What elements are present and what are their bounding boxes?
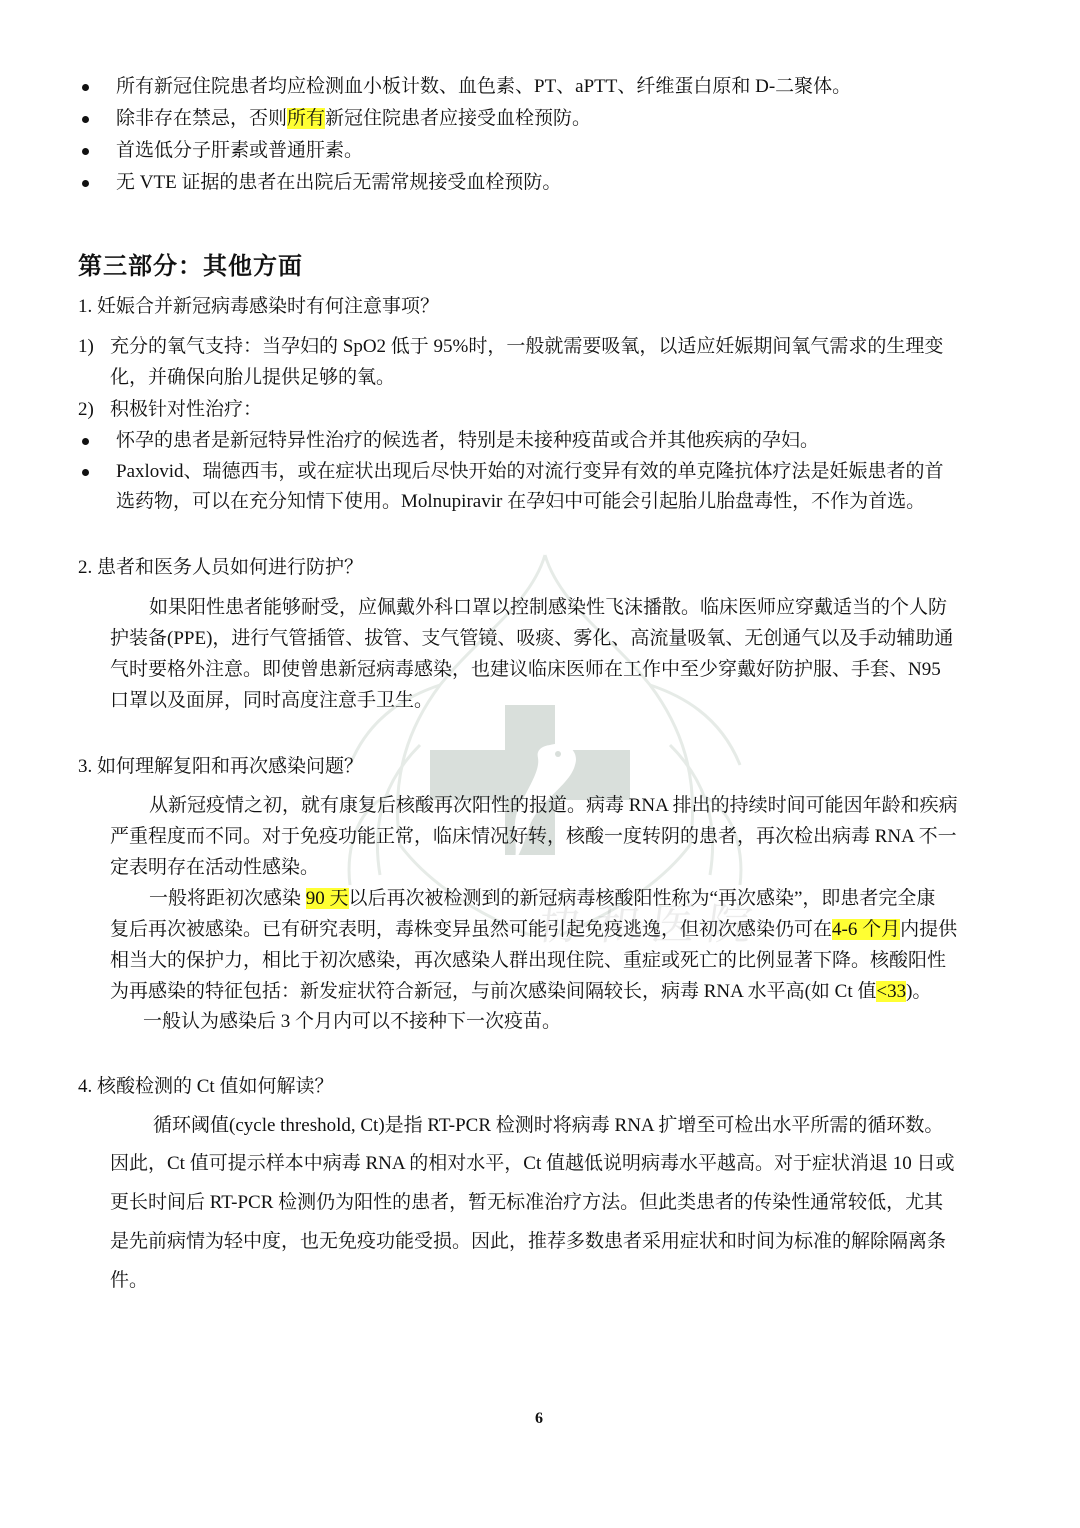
question-heading: 4. 核酸检测的 Ct 值如何解读？ [78,1076,333,1098]
highlighted-text: 90 天 [306,888,349,909]
bullet-item: 怀孕的患者是新冠特异性治疗的候选者，特别是未接种疫苗或合并其他疾病的孕妇。 [116,430,819,452]
paragraph-line: 是先前病情为轻中度，也无免疫功能受损。因此，推荐多数患者采用症状和时间为标准的解… [110,1231,946,1253]
bullet-item: Paxlovid、瑞德西韦，或在症状出现后尽快开始的对流行变异有效的单克隆抗体疗… [116,461,944,483]
bullet-icon [82,180,89,187]
paragraph-line: 一般认为感染后 3 个月内可以不接种下一次疫苗。 [143,1011,561,1033]
question-heading: 3. 如何理解复阳和再次感染问题？ [78,756,363,778]
text-span: 一般将距初次感染 [149,888,306,909]
highlighted-text: <33 [876,981,906,1002]
paragraph-line: 更长时间后 RT-PCR 检测仍为阳性的患者，暂无标准治疗方法。但此类患者的传染… [110,1192,943,1214]
paragraph-line: 复后再次被感染。已有研究表明，毒株变异虽然可能引起免疫逃逸，但初次感染仍可在4-… [110,919,957,941]
bullet-icon [82,148,89,155]
document-page: 协和医院 所有新冠住院患者均应检测血小板计数、血色素、PT、aPTT、纤维蛋白原… [0,0,1080,1528]
text-span: 新冠住院患者应接受血栓预防。 [325,108,591,129]
bullet-icon [82,116,89,123]
bullet-item: 所有新冠住院患者均应检测血小板计数、血色素、PT、aPTT、纤维蛋白原和 D-二… [116,76,851,98]
bullet-item: 无 VTE 证据的患者在出院后无需常规接受血栓预防。 [116,172,561,194]
cross-horizontal-shape [430,750,630,800]
paragraph-line: 严重程度而不同。对于免疫功能正常，临床情况好转，核酸一度转阴的患者，再次检出病毒… [110,826,957,848]
page-number: 6 [535,1410,543,1428]
paragraph-line: 为再感染的特征包括：新发症状符合新冠，与前次感染间隔较长，病毒 RNA 水平高(… [110,981,931,1003]
list-number: 2) [78,399,94,421]
highlighted-text: 所有 [287,108,325,129]
bullet-icon [82,438,89,445]
bullet-item: 首选低分子肝素或普通肝素。 [116,140,363,162]
bullet-item: 除非存在禁忌，否则所有新冠住院患者应接受血栓预防。 [116,108,591,130]
bullet-icon [82,469,89,476]
paragraph-line: 件。 [110,1270,148,1292]
text-span: )。 [906,981,931,1002]
section-title: 第三部分：其他方面 [78,246,303,281]
highlighted-text: 4-6 个月 [832,919,900,940]
paragraph-line: 相当大的保护力，相比于初次感染，再次感染人群出现住院、重症或死亡的比例显著下降。… [110,950,946,972]
text-span: 为再感染的特征包括：新发症状符合新冠，与前次感染间隔较长，病毒 RNA 水平高(… [110,981,876,1002]
paragraph-line: 循环阈值(cycle threshold, Ct)是指 RT-PCR 检测时将病… [153,1115,943,1137]
paragraph-line: 从新冠疫情之初，就有康复后核酸再次阳性的报道。病毒 RNA 排出的持续时间可能因… [149,795,958,817]
paragraph-line: 口罩以及面屏，同时高度注意手卫生。 [110,690,433,712]
question-heading: 1. 妊娠合并新冠病毒感染时有何注意事项？ [78,296,439,318]
paragraph-line: 一般将距初次感染 90 天以后再次被检测到的新冠病毒核酸阳性称为“再次感染”，即… [149,888,935,910]
text-span: 以后再次被检测到的新冠病毒核酸阳性称为“再次感染”，即患者完全康 [349,888,936,909]
paragraph-line: 气时要格外注意。即使曾患新冠病毒感染，也建议临床医师在工作中至少穿戴好防护服、手… [110,659,941,681]
paragraph-line: 如果阳性患者能够耐受，应佩戴外科口罩以控制感染性飞沫播散。临床医师应穿戴适当的个… [149,597,947,619]
text-span: 除非存在禁忌，否则 [116,108,287,129]
question-heading: 2. 患者和医务人员如何进行防护？ [78,557,363,579]
paragraph-line: 定表明存在活动性感染。 [110,857,319,879]
bullet-item-continuation: 选药物，可以在充分知情下使用。Molnupiravir 在孕妇中可能会引起胎儿胎… [116,491,925,513]
list-number: 1) [78,336,94,358]
text-span: 复后再次被感染。已有研究表明，毒株变异虽然可能引起免疫逃逸，但初次感染仍可在 [110,919,832,940]
paragraph-line: 积极针对性治疗： [110,399,262,421]
bullet-icon [82,84,89,91]
paragraph-line: 充分的氧气支持：当孕妇的 SpO2 低于 95%时，一般就需要吸氧，以适应妊娠期… [110,336,943,358]
paragraph-line: 护装备(PPE)，进行气管插管、拔管、支气管镜、吸痰、雾化、高流量吸氧、无创通气… [110,628,953,650]
paragraph-line: 因此，Ct 值可提示样本中病毒 RNA 的相对水平，Ct 值越低说明病毒水平越高… [110,1153,954,1175]
text-span: 内提供 [900,919,957,940]
paragraph-line: 化，并确保向胎儿提供足够的氧。 [110,367,395,389]
